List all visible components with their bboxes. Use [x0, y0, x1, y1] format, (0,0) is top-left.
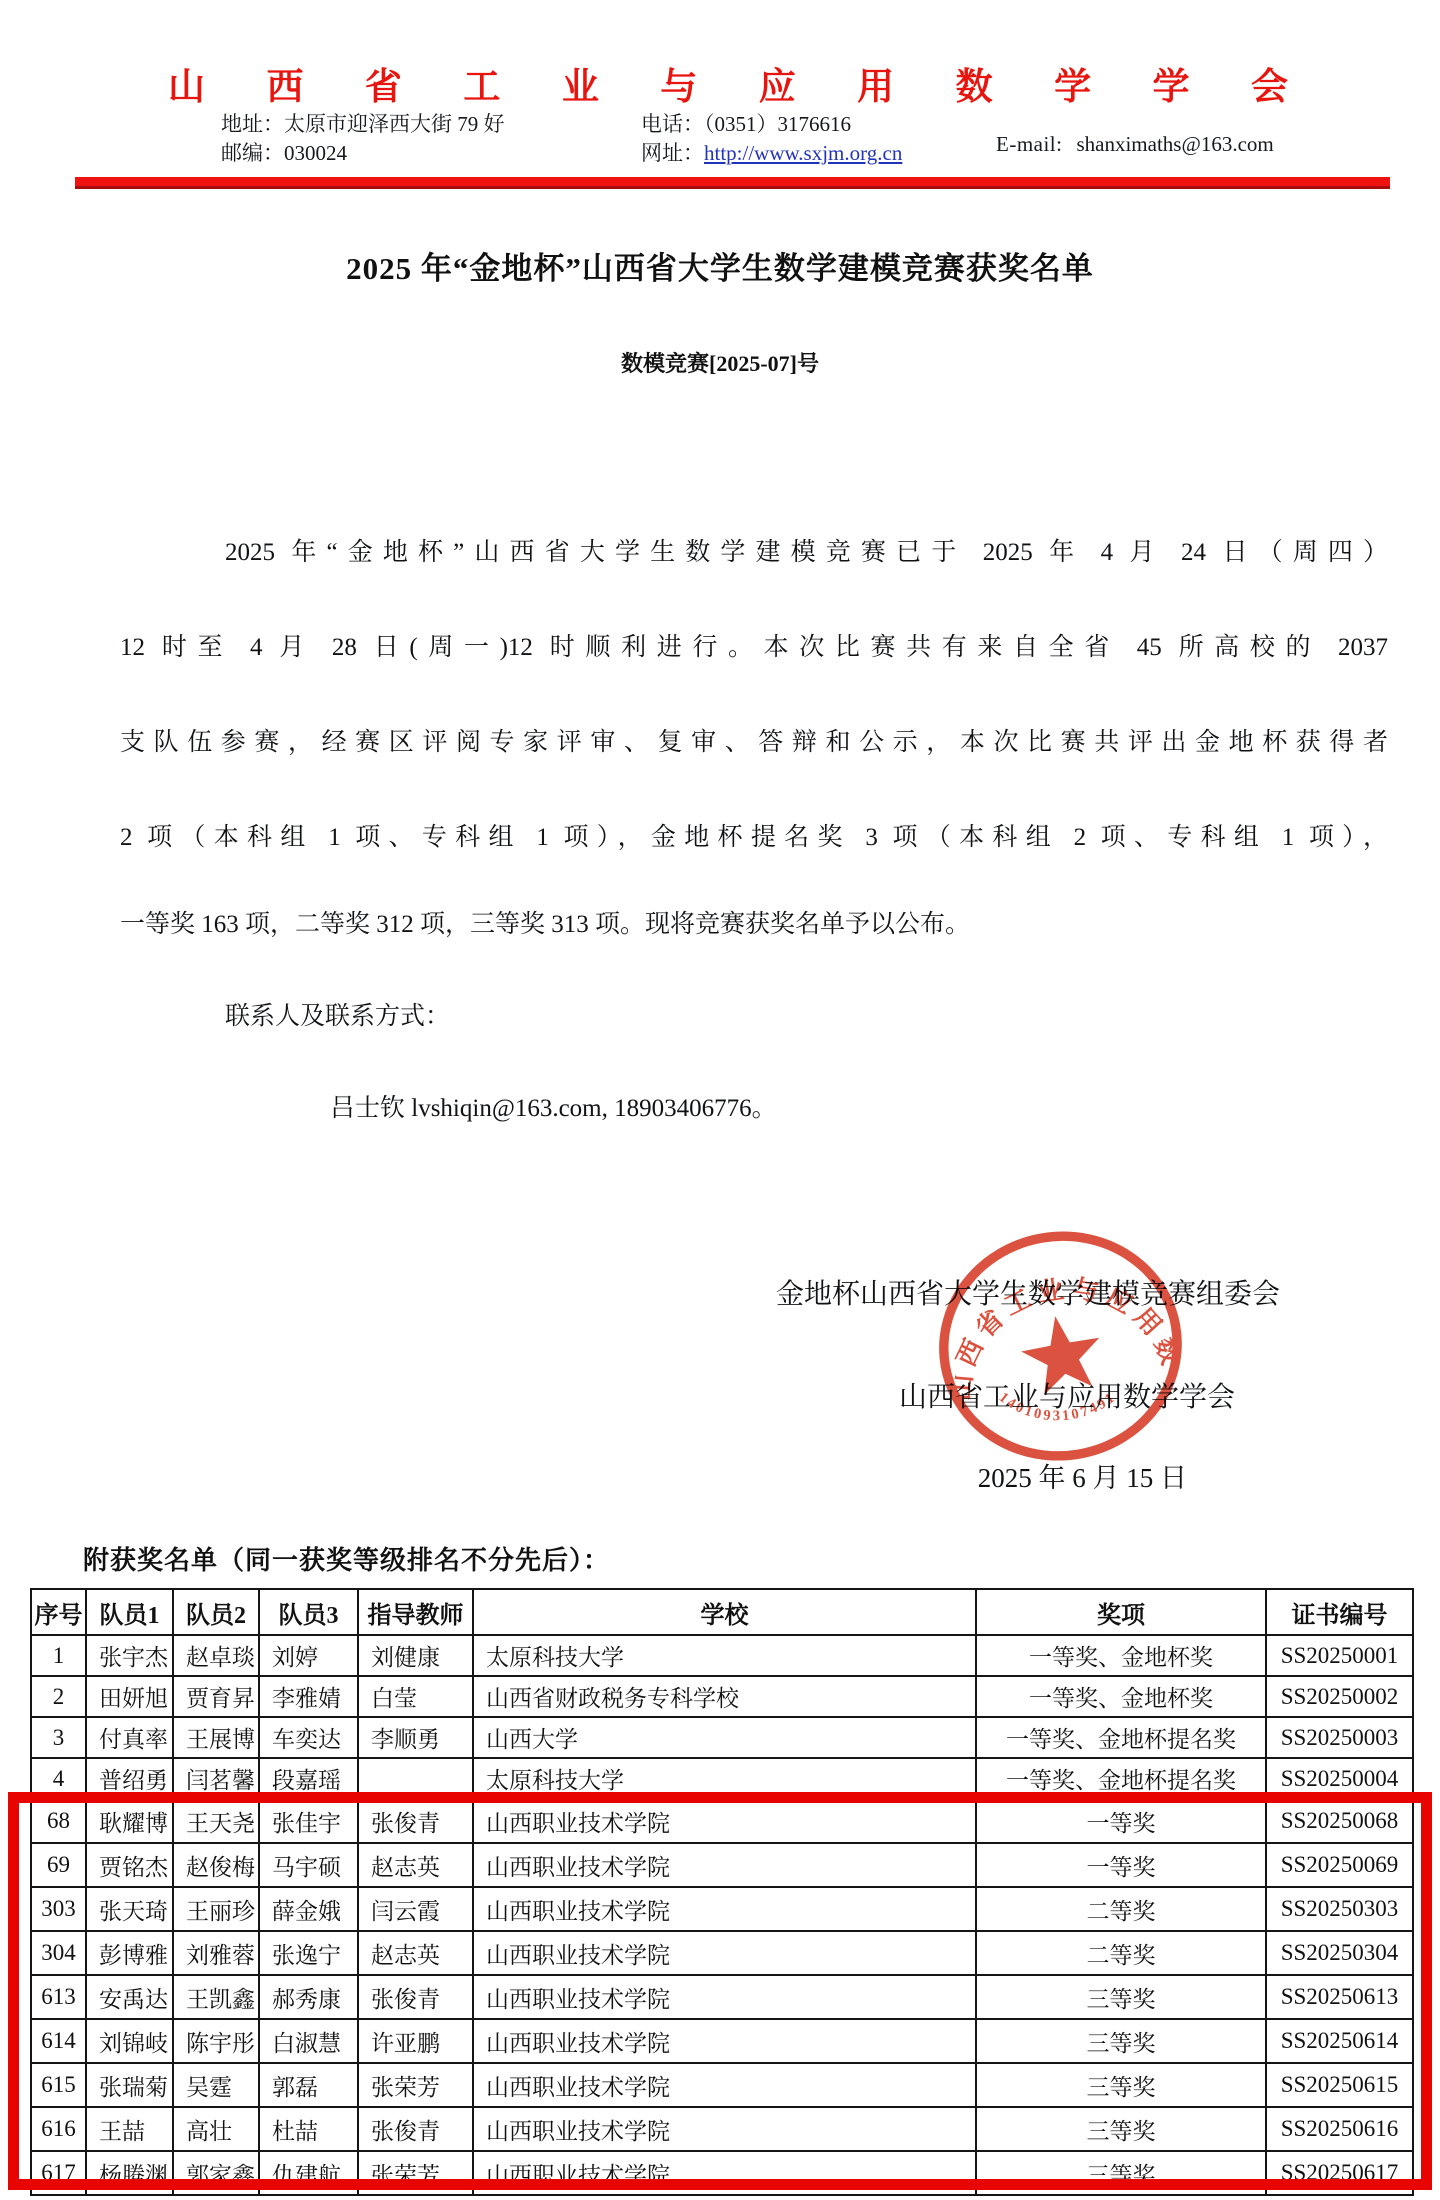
document-number: 数模竞赛[2025-07]号 [0, 347, 1440, 378]
table-cell: 2 [31, 1676, 86, 1717]
award-table-body: 1张宇杰赵卓琰刘婷刘健康太原科技大学一等奖、金地杯奖SS202500012田妍旭… [31, 1635, 1413, 2195]
table-cell: 闫云霞 [358, 1887, 473, 1931]
table-cell: 王丽珍 [173, 1887, 259, 1931]
table-row: 304彭博雅刘雅蓉张逸宁赵志英山西职业技术学院二等奖SS20250304 [31, 1931, 1413, 1975]
table-cell: 303 [31, 1887, 86, 1931]
table-cell: SS20250001 [1266, 1635, 1413, 1676]
col-header-index: 序号 [31, 1589, 86, 1635]
table-cell: 贾育昇 [173, 1676, 259, 1717]
table-cell: 三等奖 [976, 2019, 1266, 2063]
table-cell: 白淑慧 [259, 2019, 358, 2063]
table-cell: 张逸宁 [259, 1931, 358, 1975]
table-cell: SS20250617 [1266, 2151, 1413, 2195]
table-cell: 刘锦岐 [86, 2019, 173, 2063]
body-line-2: 12 时至 4 月 28 日(周一)12 时顺利进行。本次比赛共有来自全省 45… [120, 631, 1388, 665]
contact-info: 吕士钦 lvshiqin@163.com, 18903406776。 [330, 1092, 777, 1126]
award-list-caption: 附获奖名单（同一获奖等级排名不分先后）： [83, 1540, 610, 1577]
table-cell: 薛金娥 [259, 1887, 358, 1931]
table-cell: 二等奖 [976, 1887, 1266, 1931]
table-row: 613安禹达王凯鑫郝秀康张俊青山西职业技术学院三等奖SS20250613 [31, 1975, 1413, 2019]
table-cell: 贾铭杰 [86, 1843, 173, 1887]
table-cell: 许亚鹏 [358, 2019, 473, 2063]
website-label: 网址： [641, 141, 704, 165]
table-cell: 仇建航 [259, 2151, 358, 2195]
table-row: 303张天琦王丽珍薛金娥闫云霞山西职业技术学院二等奖SS20250303 [31, 1887, 1413, 1931]
contact-heading: 联系人及联系方式： [225, 1000, 450, 1034]
table-cell: SS20250304 [1266, 1931, 1413, 1975]
table-cell: 安禹达 [86, 1975, 173, 2019]
table-cell: 4 [31, 1758, 86, 1799]
table-cell: 张俊青 [358, 1799, 473, 1843]
table-cell: 二等奖 [976, 1931, 1266, 1975]
table-cell: 赵俊梅 [173, 1843, 259, 1887]
body-line-1: 2025 年“金地杯”山西省大学生数学建模竞赛已于 2025 年 4 月 24 … [225, 536, 1388, 570]
table-cell: 田妍旭 [86, 1676, 173, 1717]
stamp-ring-text: 山西省工业与应用数学学会 [932, 1226, 1189, 1416]
table-cell: 614 [31, 2019, 86, 2063]
document-page: 山西省工业与应用数学学会 地址：太原市迎泽西大街 79 好 电话：（0351）3… [0, 0, 1440, 2200]
table-header-row: 序号 队员1 队员2 队员3 指导教师 学校 奖项 证书编号 [31, 1589, 1413, 1635]
stamp-star-icon [1016, 1309, 1107, 1397]
table-cell: 王凯鑫 [173, 1975, 259, 2019]
table-cell: 一等奖、金地杯奖 [976, 1635, 1266, 1676]
table-row: 1张宇杰赵卓琰刘婷刘健康太原科技大学一等奖、金地杯奖SS20250001 [31, 1635, 1413, 1676]
table-cell: 山西职业技术学院 [473, 1843, 976, 1887]
body-line-5: 一等奖 163 项，二等奖 312 项，三等奖 313 项。现将竞赛获奖名单予以… [120, 908, 970, 942]
table-cell: 耿耀博 [86, 1799, 173, 1843]
table-cell: 王展博 [173, 1717, 259, 1758]
table-cell: 王天尧 [173, 1799, 259, 1843]
table-cell: 马宇硕 [259, 1843, 358, 1887]
table-cell: SS20250003 [1266, 1717, 1413, 1758]
col-header-award: 奖项 [976, 1589, 1266, 1635]
table-cell: 郝秀康 [259, 1975, 358, 2019]
table-cell: 车奕达 [259, 1717, 358, 1758]
table-cell: 616 [31, 2107, 86, 2151]
table-cell: SS20250613 [1266, 1975, 1413, 2019]
table-cell: 3 [31, 1717, 86, 1758]
table-cell: 张宇杰 [86, 1635, 173, 1676]
table-cell: 郭家鑫 [173, 2151, 259, 2195]
table-cell: 304 [31, 1931, 86, 1975]
table-cell: 赵志英 [358, 1931, 473, 1975]
table-cell: 张荣芳 [358, 2063, 473, 2107]
col-header-member2: 队员2 [173, 1589, 259, 1635]
table-cell: 一等奖、金地杯奖 [976, 1676, 1266, 1717]
table-cell: SS20250068 [1266, 1799, 1413, 1843]
table-row: 615张瑞菊吴霆郭磊张荣芳山西职业技术学院三等奖SS20250615 [31, 2063, 1413, 2107]
table-cell: 刘婷 [259, 1635, 358, 1676]
table-cell: 一等奖 [976, 1843, 1266, 1887]
table-cell: 615 [31, 2063, 86, 2107]
table-cell: 刘雅蓉 [173, 1931, 259, 1975]
table-cell: 一等奖、金地杯提名奖 [976, 1758, 1266, 1799]
table-cell: 彭博雅 [86, 1931, 173, 1975]
table-cell: 太原科技大学 [473, 1758, 976, 1799]
table-cell: SS20250002 [1266, 1676, 1413, 1717]
table-cell: 山西职业技术学院 [473, 1975, 976, 2019]
document-title: 2025 年“金地杯”山西省大学生数学建模竞赛获奖名单 [0, 243, 1440, 288]
table-cell: 三等奖 [976, 2107, 1266, 2151]
table-cell: 617 [31, 2151, 86, 2195]
letterhead-org-name: 山西省工业与应用数学学会 [168, 56, 1290, 110]
table-row: 614刘锦岐陈宇彤白淑慧许亚鹏山西职业技术学院三等奖SS20250614 [31, 2019, 1413, 2063]
email-label: E-mail: [996, 132, 1062, 156]
table-cell: 闫茗馨 [173, 1758, 259, 1799]
table-cell: 山西职业技术学院 [473, 2151, 976, 2195]
table-cell: SS20250614 [1266, 2019, 1413, 2063]
table-cell: 山西职业技术学院 [473, 1887, 976, 1931]
table-cell: 山西职业技术学院 [473, 2019, 976, 2063]
table-row: 3付真率王展博车奕达李顺勇山西大学一等奖、金地杯提名奖SS20250003 [31, 1717, 1413, 1758]
table-cell: 张荣芳 [358, 2151, 473, 2195]
table-cell: 高壮 [173, 2107, 259, 2151]
table-cell: 613 [31, 1975, 86, 2019]
table-cell: 张俊青 [358, 1975, 473, 2019]
table-cell: 郭磊 [259, 2063, 358, 2107]
table-cell: 张瑞菊 [86, 2063, 173, 2107]
table-row: 2田妍旭贾育昇李雅婧白莹山西省财政税务专科学校一等奖、金地杯奖SS2025000… [31, 1676, 1413, 1717]
table-cell: 杨腾渊 [86, 2151, 173, 2195]
table-cell: SS20250616 [1266, 2107, 1413, 2151]
table-cell: 白莹 [358, 1676, 473, 1717]
table-cell: 山西职业技术学院 [473, 2063, 976, 2107]
table-row: 68耿耀博王天尧张佳宇张俊青山西职业技术学院一等奖SS20250068 [31, 1799, 1413, 1843]
col-header-certificate: 证书编号 [1266, 1589, 1413, 1635]
letterhead-phone: 电话：（0351）3176616 [641, 108, 851, 138]
table-cell: 三等奖 [976, 1975, 1266, 2019]
table-cell: 杜喆 [259, 2107, 358, 2151]
col-header-member3: 队员3 [259, 1589, 358, 1635]
letterhead-address: 地址：太原市迎泽西大街 79 好 [221, 108, 505, 138]
website-link[interactable]: http://www.sxjm.org.cn [704, 141, 902, 165]
table-cell: SS20250004 [1266, 1758, 1413, 1799]
table-cell: 刘健康 [358, 1635, 473, 1676]
table-cell: 太原科技大学 [473, 1635, 976, 1676]
table-cell: 张俊青 [358, 2107, 473, 2151]
table-cell: 三等奖 [976, 2151, 1266, 2195]
table-cell: 69 [31, 1843, 86, 1887]
table-cell: 吴霆 [173, 2063, 259, 2107]
table-cell: 山西大学 [473, 1717, 976, 1758]
email-value: shanximaths@163.com [1076, 132, 1273, 156]
table-cell: SS20250303 [1266, 1887, 1413, 1931]
table-cell: 陈宇彤 [173, 2019, 259, 2063]
official-seal-stamp: 山西省工业与应用数学学会 1401093107491 [932, 1226, 1190, 1466]
table-cell: 段嘉瑶 [259, 1758, 358, 1799]
table-cell: 一等奖 [976, 1799, 1266, 1843]
col-header-school: 学校 [473, 1589, 976, 1635]
table-row: 617杨腾渊郭家鑫仇建航张荣芳山西职业技术学院三等奖SS20250617 [31, 2151, 1413, 2195]
table-cell: SS20250615 [1266, 2063, 1413, 2107]
letterhead-website: 网址：http://www.sxjm.org.cn [641, 137, 902, 167]
table-cell: 一等奖、金地杯提名奖 [976, 1717, 1266, 1758]
table-cell: 三等奖 [976, 2063, 1266, 2107]
table-row: 4普绍勇闫茗馨段嘉瑶太原科技大学一等奖、金地杯提名奖SS20250004 [31, 1758, 1413, 1799]
table-cell: 普绍勇 [86, 1758, 173, 1799]
table-row: 616王喆高壮杜喆张俊青山西职业技术学院三等奖SS20250616 [31, 2107, 1413, 2151]
table-cell [358, 1758, 473, 1799]
table-cell: 山西省财政税务专科学校 [473, 1676, 976, 1717]
table-cell: 付真率 [86, 1717, 173, 1758]
table-cell: 赵志英 [358, 1843, 473, 1887]
table-cell: 山西职业技术学院 [473, 1799, 976, 1843]
award-table: 序号 队员1 队员2 队员3 指导教师 学校 奖项 证书编号 1张宇杰赵卓琰刘婷… [30, 1588, 1414, 2196]
letterhead-divider-line [75, 177, 1390, 189]
table-cell: 李顺勇 [358, 1717, 473, 1758]
body-line-3: 支队伍参赛，经赛区评阅专家评审、复审、答辩和公示，本次比赛共评出金地杯获得者 [120, 726, 1388, 760]
table-cell: 王喆 [86, 2107, 173, 2151]
col-header-advisor: 指导教师 [358, 1589, 473, 1635]
table-cell: 1 [31, 1635, 86, 1676]
table-cell: 李雅婧 [259, 1676, 358, 1717]
table-cell: 张佳宇 [259, 1799, 358, 1843]
table-cell: 山西职业技术学院 [473, 1931, 976, 1975]
table-cell: 68 [31, 1799, 86, 1843]
table-cell: 张天琦 [86, 1887, 173, 1931]
table-cell: 山西职业技术学院 [473, 2107, 976, 2151]
table-row: 69贾铭杰赵俊梅马宇硕赵志英山西职业技术学院一等奖SS20250069 [31, 1843, 1413, 1887]
body-line-4: 2 项（本科组 1 项、专科组 1 项），金地杯提名奖 3 项（本科组 2 项、… [120, 821, 1388, 855]
table-cell: 赵卓琰 [173, 1635, 259, 1676]
letterhead-postcode: 邮编：030024 [221, 137, 347, 167]
col-header-member1: 队员1 [86, 1589, 173, 1635]
table-cell: SS20250069 [1266, 1843, 1413, 1887]
letterhead-email: E-mail:shanximaths@163.com [996, 132, 1274, 157]
